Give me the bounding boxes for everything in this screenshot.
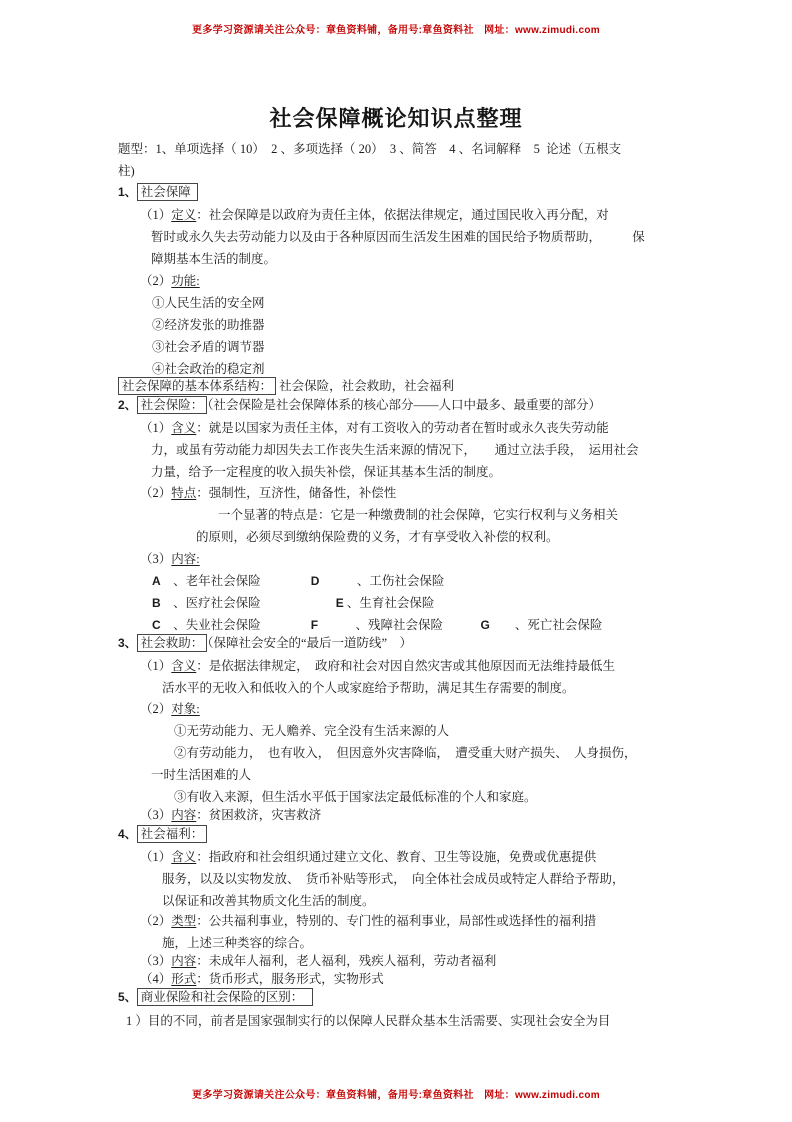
text-line: 2、社会保险：（社会保险是社会保障体系的核心部分——人口中最多、最重要的部分） [118,397,601,413]
text-run: （4） [140,972,171,986]
text-line: 障期基本生活的制度。 [151,251,276,267]
text-run: 5、 [118,990,137,1004]
text-run: 1 ）目的不同，前者是国家强制实行的以保障人民群众基本生活需要、实现社会安全为目 [126,1014,610,1028]
text-line: （3）内容：贫困救济，灾害救济 [140,807,321,823]
text-run: 一个显著的特点是：它是一种缴费制的社会保障，它实行权利与义务相关 [218,508,618,522]
underlined-keyword: 类型 [171,914,196,928]
underlined-keyword: 内容 [171,808,196,822]
text-run: E [336,596,344,610]
text-run: 、失业社会保险 [161,618,311,632]
text-line: （1）含义：是依据法律规定， 政府和社会对因自然灾害或其他原因而无法维持最低生 [140,658,615,674]
text-line: 力量，给予一定程度的收入损失补偿，保证其基本生活的制度。 [151,464,501,480]
text-line: （3）内容: [140,551,200,567]
text-run: （保障社会安全的“最后一道防线” ） [207,636,412,650]
text-run: 题型：1、单项选择（ 10） 2 、多项选择（ 20） 3 、简答 4 、名词解… [118,142,621,156]
text-line: 一时生活困难的人 [151,767,251,783]
text-run: ：公共福利事业，特别的、专门性的福利事业，局部性或选择性的福利措 [196,914,596,928]
text-run: 一时生活困难的人 [151,768,251,782]
underlined-keyword: 含义 [171,421,196,435]
text-line: ①人民生活的安全网 [152,295,265,311]
text-run: （1） [140,659,171,673]
text-run: （2） [140,274,171,288]
text-run: 以保证和改善其物质文化生活的制度。 [162,894,375,908]
header-promo-note: 更多学习资源请关注公众号：章鱼资料铺，备用号:章鱼资料社 网址：www.zimu… [0,21,792,36]
text-run: （1） [140,208,171,222]
underlined-keyword: 形式 [171,972,196,986]
underlined-keyword: 含义 [171,659,196,673]
text-line: （4）形式：货币形式，服务形式，实物形式 [140,971,384,987]
text-line: 1、社会保障 [118,184,198,200]
text-run: ：货币形式，服务形式，实物形式 [196,972,384,986]
boxed-term: 社会保险： [137,396,208,414]
text-run: 活水平的无收入和低收入的个人或家庭给予帮助，满足其生存需要的制度。 [162,681,575,695]
text-line: （2）类型：公共福利事业，特别的、专门性的福利事业，局部性或选择性的福利措 [140,913,596,929]
text-line: 社会保障的基本体系结构： 社会保险，社会救助，社会福利 [118,378,454,394]
text-line: （2）功能: [140,273,200,289]
boxed-term: 社会救助： [137,634,208,652]
text-line: 暂时或永久失去劳动能力以及由于各种原因而生活发生困难的国民给予物质帮助， 保 [151,229,645,245]
text-line: ①无劳动能力、无人赡养、完全没有生活来源的人 [174,723,449,739]
text-run: 力量，给予一定程度的收入损失补偿，保证其基本生活的制度。 [151,465,501,479]
text-run: 柱) [118,164,135,178]
text-run: ：未成年人福利，老人福利，残疾人福利，劳动者福利 [196,954,496,968]
underlined-keyword: 定义 [171,208,196,222]
text-line: ④社会政治的稳定剂 [152,361,265,377]
text-run: （1） [140,421,171,435]
text-run: （3） [140,552,171,566]
text-run: ：贫困救济，灾害救济 [196,808,321,822]
text-run: ①无劳动能力、无人赡养、完全没有生活来源的人 [174,724,449,738]
underlined-keyword: 内容: [171,552,199,566]
boxed-term: 社会保障的基本体系结构： [118,377,276,395]
text-run: ：就是以国家为责任主体，对有工资收入的劳动者在暂时或永久丧失劳动能 [196,421,609,435]
text-run: 的原则，必须尽到缴纳保险费的义务，才有享受收入补偿的权利。 [196,530,559,544]
underlined-keyword: 对象: [171,702,199,716]
text-line: （2）特点：强制性，互济性，储备性，补偿性 [140,485,396,501]
text-run: 、残障社会保险 [318,618,481,632]
text-run: （2） [140,486,171,500]
boxed-term: 商业保险和社会保险的区别： [137,988,314,1006]
text-run: 施，上述三种类容的综合。 [162,936,312,950]
text-run: （社会保险是社会保障体系的核心部分——人口中最多、最重要的部分） [207,398,601,412]
document-page: 更多学习资源请关注公众号：章鱼资料铺，备用号:章鱼资料社 网址：www.zimu… [0,0,792,1122]
text-run: C [152,618,161,632]
text-run: 、老年社会保险 [161,574,311,588]
text-run: 服务，以及以实物发放、 货币补贴等形式， 向全体社会成员或特定人群给予帮助， [162,872,625,886]
text-line: 力，或虽有劳动能力却因失去工作丧失生活来源的情况下， 通过立法手段， 运用社会 [151,442,639,458]
text-line: 服务，以及以实物发放、 货币补贴等形式， 向全体社会成员或特定人群给予帮助， [162,871,625,887]
text-run: G [481,618,490,632]
text-run: F [311,618,318,632]
text-run: （1） [140,850,171,864]
text-run: 1、 [118,185,137,199]
text-line: （1）含义：指政府和社会组织通过建立文化、教育、卫生等设施，免费或优惠提供 [140,849,596,865]
text-run: ：指政府和社会组织通过建立文化、教育、卫生等设施，免费或优惠提供 [196,850,596,864]
text-run: 3、 [118,636,137,650]
text-run: ②经济发张的助推器 [152,318,265,332]
text-run: 4、 [118,827,137,841]
underlined-keyword: 内容 [171,954,196,968]
text-run: ：是依据法律规定， 政府和社会对因自然灾害或其他原因而无法维持最低生 [196,659,615,673]
text-run: 障期基本生活的制度。 [151,252,276,266]
text-run: 暂时或永久失去劳动能力以及由于各种原因而生活发生困难的国民给予物质帮助， 保 [151,230,645,244]
text-run: （3） [140,954,171,968]
text-line: ②有劳动能力， 也有收入， 但因意外灾害降临， 遭受重大财产损失、 人身损伤， [174,745,637,761]
text-run: ：强制性，互济性，储备性，补偿性 [196,486,396,500]
text-line: ③社会矛盾的调节器 [152,339,265,355]
text-line: （1）定义：社会保障是以政府为责任主体，依据法律规定，通过国民收入再分配，对 [140,207,609,223]
text-line: （2）对象: [140,701,200,717]
text-run: B [152,596,161,610]
text-run: ①人民生活的安全网 [152,296,265,310]
text-line: 活水平的无收入和低收入的个人或家庭给予帮助，满足其生存需要的制度。 [162,680,575,696]
text-line: 施，上述三种类容的综合。 [162,935,312,951]
text-run: 、生育社会保险 [344,596,435,610]
underlined-keyword: 功能: [171,274,199,288]
text-run: ：社会保障是以政府为责任主体，依据法律规定，通过国民收入再分配，对 [196,208,609,222]
text-line: 4、社会福利： [118,826,207,842]
underlined-keyword: 特点 [171,486,196,500]
text-line: 柱) [118,163,135,179]
text-run: ②有劳动能力， 也有收入， 但因意外灾害降临， 遭受重大财产损失、 人身损伤， [174,746,637,760]
text-line: 5、商业保险和社会保险的区别： [118,989,313,1005]
text-line: 的原则，必须尽到缴纳保险费的义务，才有享受收入补偿的权利。 [196,529,559,545]
text-run: ③社会矛盾的调节器 [152,340,265,354]
text-run: （2） [140,702,171,716]
page-title: 社会保障概论知识点整理 [0,102,792,133]
text-line: ③有收入来源，但生活水平低于国家法定最低标准的个人和家庭。 [174,789,537,805]
text-run: ④社会政治的稳定剂 [152,362,265,376]
text-line: （1）含义：就是以国家为责任主体，对有工资收入的劳动者在暂时或永久丧失劳动能 [140,420,609,436]
text-run: （3） [140,808,171,822]
text-run: 社会保险，社会救助，社会福利 [276,379,454,393]
text-run: 2、 [118,398,137,412]
text-run: A [152,574,161,588]
text-run: （2） [140,914,171,928]
text-line: A 、老年社会保险 D 、工伤社会保险 [152,573,444,589]
text-line: ②经济发张的助推器 [152,317,265,333]
boxed-term: 社会保障 [137,183,198,201]
text-run: 、死亡社会保险 [490,618,603,632]
text-line: C 、失业社会保险 F 、残障社会保险 G 、死亡社会保险 [152,617,602,633]
text-line: （3）内容：未成年人福利，老人福利，残疾人福利，劳动者福利 [140,953,496,969]
text-line: 以保证和改善其物质文化生活的制度。 [162,893,375,909]
text-run: 力，或虽有劳动能力却因失去工作丧失生活来源的情况下， 通过立法手段， 运用社会 [151,443,639,457]
footer-promo-note: 更多学习资源请关注公众号：章鱼资料铺，备用号:章鱼资料社 网址：www.zimu… [0,1086,792,1101]
text-line: 3、社会救助：（保障社会安全的“最后一道防线” ） [118,635,412,651]
text-line: 一个显著的特点是：它是一种缴费制的社会保障，它实行权利与义务相关 [218,507,618,523]
text-run: 、工伤社会保险 [319,574,444,588]
text-run: ③有收入来源，但生活水平低于国家法定最低标准的个人和家庭。 [174,790,537,804]
text-line: 1 ）目的不同，前者是国家强制实行的以保障人民群众基本生活需要、实现社会安全为目 [126,1013,610,1029]
boxed-term: 社会福利： [137,825,208,843]
text-run: 、医疗社会保险 [161,596,336,610]
text-line: B 、医疗社会保险 E 、生育社会保险 [152,595,434,611]
text-line: 题型：1、单项选择（ 10） 2 、多项选择（ 20） 3 、简答 4 、名词解… [118,141,621,157]
underlined-keyword: 含义 [171,850,196,864]
